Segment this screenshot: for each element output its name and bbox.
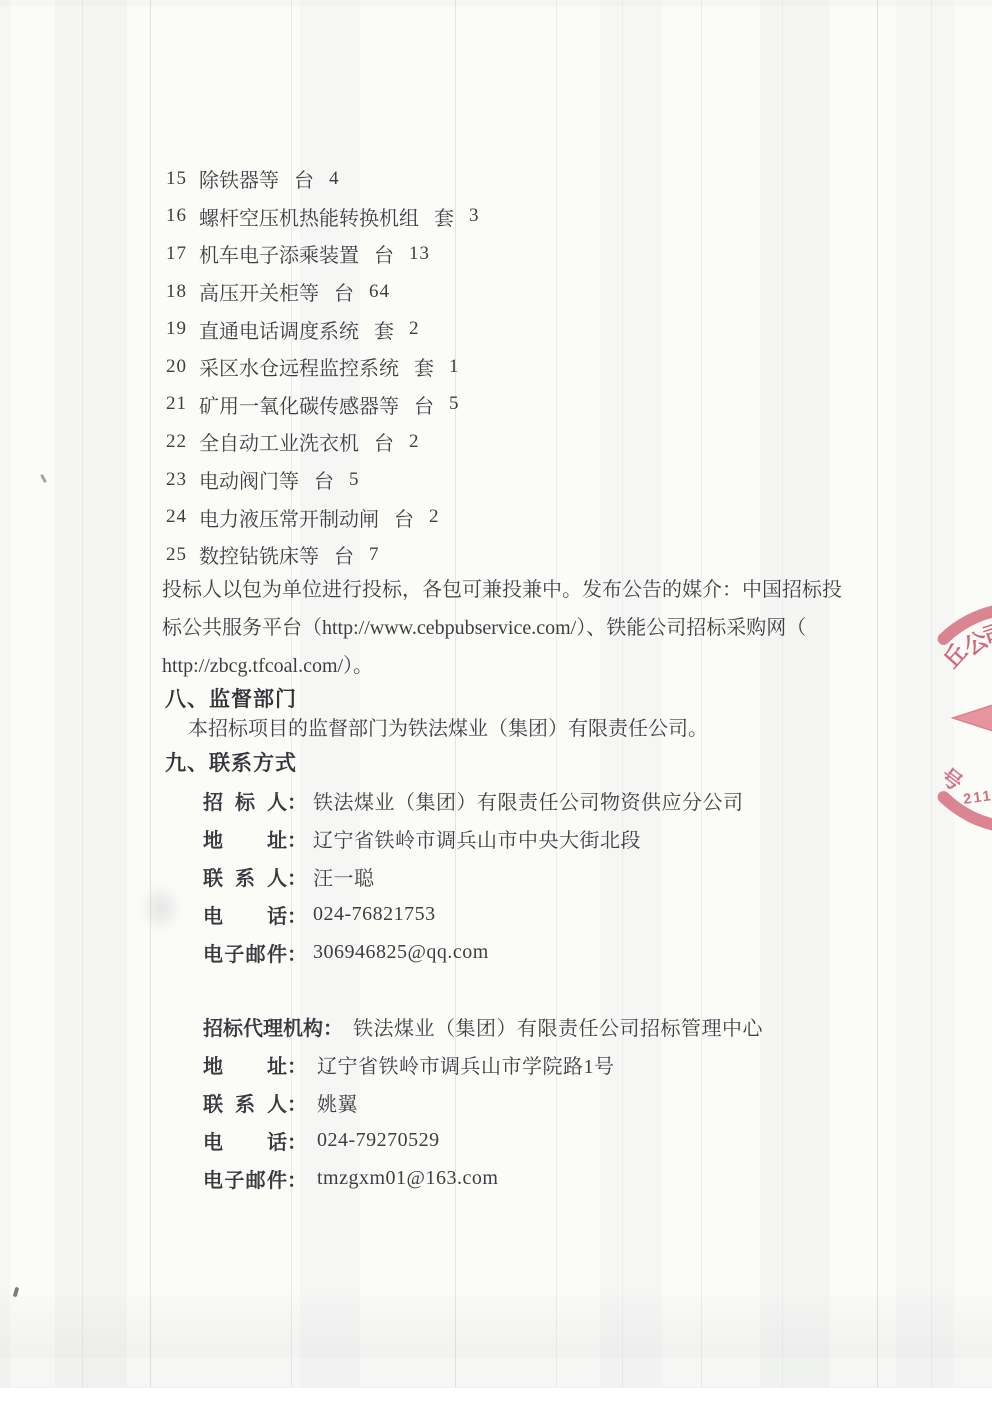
- contact-row: 地址：辽宁省铁岭市调兵山市学院路1号: [203, 1046, 763, 1084]
- contact-row: 电子邮件：306946825@qq.com: [203, 933, 744, 971]
- section-heading-contact: 九、联系方式: [165, 747, 297, 777]
- item-unit: 台: [374, 427, 394, 456]
- tenderer-contact-block: 招标人：铁法煤业（集团）有限责任公司物资供应分公司地址：辽宁省铁岭市调兵山市中央…: [203, 782, 744, 971]
- equipment-item-row: 20采区水仓远程监控系统套1: [166, 348, 480, 386]
- item-quantity: 2: [409, 431, 420, 453]
- item-unit: 套: [434, 202, 454, 231]
- scan-line: [877, 0, 878, 1403]
- contact-label: 联系人: [203, 862, 287, 891]
- equipment-item-row: 19直通电话调度系统套2: [166, 310, 480, 348]
- item-number: 18: [166, 281, 187, 303]
- notice-line: http://zbcg.tfcoal.com/）。: [162, 644, 862, 682]
- scan-line: [82, 0, 83, 1403]
- contact-row: 电子邮件：tmzgxm01@163.com: [203, 1159, 763, 1197]
- contact-row: 电话：024-76821753: [203, 895, 744, 933]
- item-number: 15: [166, 168, 187, 190]
- item-quantity: 7: [369, 544, 380, 566]
- item-quantity: 5: [449, 393, 460, 415]
- scan-bottom-shade: [0, 1357, 992, 1387]
- item-unit: 台: [314, 465, 334, 494]
- contact-value: 姚翼: [317, 1088, 358, 1117]
- item-name: 除铁器等: [199, 164, 279, 193]
- agency-contact-block: 招标代理机构：铁法煤业（集团）有限责任公司招标管理中心地址：辽宁省铁岭市调兵山市…: [203, 1008, 763, 1197]
- contact-label-colon: ：: [287, 862, 307, 891]
- item-name: 矿用一氧化碳传感器等: [199, 390, 399, 419]
- item-name: 螺杆空压机热能转换机组: [199, 202, 419, 231]
- item-number: 20: [166, 356, 187, 378]
- contact-value: 024-79270529: [317, 1129, 440, 1152]
- contact-label-colon: ：: [287, 938, 307, 967]
- item-name: 高压开关柜等: [199, 277, 319, 306]
- item-name: 机车电子添乘装置: [199, 239, 359, 268]
- item-number: 23: [166, 469, 187, 491]
- contact-label-colon: ：: [287, 786, 307, 815]
- scan-top-shade: [0, 0, 992, 6]
- item-number: 22: [166, 431, 187, 453]
- contact-label-colon: ：: [287, 1050, 307, 1079]
- item-name: 采区水仓远程监控系统: [199, 352, 399, 381]
- seal-side-char: 号: [936, 764, 967, 795]
- contact-row: 电话：024-79270529: [203, 1121, 763, 1159]
- item-unit: 套: [414, 352, 434, 381]
- seal-star-icon: [953, 654, 992, 781]
- scan-line: [150, 0, 151, 1403]
- contact-value: 辽宁省铁岭市调兵山市学院路1号: [317, 1050, 615, 1079]
- contact-label-colon: ：: [287, 1164, 307, 1193]
- contact-value: 306946825@qq.com: [313, 941, 489, 964]
- supervision-body: 本招标项目的监督部门为铁法煤业（集团）有限责任公司。: [188, 712, 708, 741]
- contact-label-colon: ：: [287, 1088, 307, 1117]
- item-quantity: 2: [409, 318, 420, 340]
- item-quantity: 5: [349, 469, 360, 491]
- scan-band: [760, 0, 830, 1403]
- equipment-item-row: 18高压开关柜等台64: [166, 273, 480, 311]
- item-name: 数控钻铣床等: [199, 540, 319, 569]
- item-quantity: 4: [329, 168, 340, 190]
- contact-label: 电话: [203, 1126, 287, 1155]
- equipment-item-row: 22全自动工业洗衣机台2: [166, 423, 480, 461]
- contact-label: 招标人: [203, 786, 287, 815]
- item-quantity: 3: [469, 205, 480, 227]
- contact-row: 联系人：姚翼: [203, 1084, 763, 1122]
- equipment-item-row: 24电力液压常开制动闸台2: [166, 498, 480, 536]
- scan-smudge: [140, 882, 182, 934]
- item-unit: 台: [294, 164, 314, 193]
- contact-value: 铁法煤业（集团）有限责任公司招标管理中心: [353, 1012, 763, 1041]
- item-unit: 台: [414, 390, 434, 419]
- notice-line: 标公共服务平台（http://www.cebpubservice.com/）、铁…: [162, 606, 862, 644]
- contact-row: 联系人：汪一聪: [203, 858, 744, 896]
- item-number: 24: [166, 506, 187, 528]
- contact-value: 铁法煤业（集团）有限责任公司物资供应分公司: [313, 786, 744, 815]
- contact-row: 地址：辽宁省铁岭市调兵山市中央大街北段: [203, 820, 744, 858]
- bid-notice-paragraph: 投标人以包为单位进行投标，各包可兼投兼中。发布公告的媒介：中国招标投标公共服务平…: [162, 568, 862, 683]
- item-unit: 台: [374, 239, 394, 268]
- scan-line: [782, 0, 783, 1403]
- scan-left-shade: [0, 0, 10, 1403]
- item-number: 17: [166, 243, 187, 265]
- contact-label: 地址: [203, 1050, 287, 1079]
- item-number: 19: [166, 318, 187, 340]
- contact-label-colon: ：: [287, 900, 307, 929]
- contact-label-colon: ：: [323, 1012, 343, 1041]
- contact-label: 电子邮件: [203, 938, 287, 967]
- contact-label: 电话: [203, 900, 287, 929]
- item-number: 21: [166, 393, 187, 415]
- item-unit: 套: [374, 315, 394, 344]
- seal-number: 211: [962, 788, 992, 808]
- contact-label: 联系人: [203, 1088, 287, 1117]
- item-unit: 台: [334, 277, 354, 306]
- equipment-item-row: 23电动阀门等台5: [166, 461, 480, 499]
- item-name: 电力液压常开制动闸: [199, 503, 379, 532]
- item-unit: 台: [334, 540, 354, 569]
- item-name: 电动阀门等: [199, 465, 299, 494]
- item-name: 直通电话调度系统: [199, 315, 359, 344]
- item-quantity: 1: [449, 356, 460, 378]
- equipment-list: 15除铁器等台416螺杆空压机热能转换机组套317机车电子添乘装置台1318高压…: [166, 160, 480, 574]
- equipment-item-row: 15除铁器等台4: [166, 160, 480, 198]
- notice-line: 投标人以包为单位进行投标，各包可兼投兼中。发布公告的媒介：中国招标投: [162, 568, 862, 606]
- contact-label: 地址: [203, 824, 287, 853]
- item-number: 16: [166, 205, 187, 227]
- contact-label: 电子邮件: [203, 1164, 287, 1193]
- contact-row: 招标人：铁法煤业（集团）有限责任公司物资供应分公司: [203, 782, 744, 820]
- contact-value: 024-76821753: [313, 903, 436, 926]
- contact-label-colon: ：: [287, 824, 307, 853]
- equipment-item-row: 16螺杆空压机热能转换机组套3: [166, 198, 480, 236]
- company-seal: 丘 公 司 号 211: [880, 548, 992, 888]
- scan-band: [55, 0, 127, 1403]
- scanned-document-page: 15除铁器等台416螺杆空压机热能转换机组套317机车电子添乘装置台1318高压…: [0, 0, 992, 1403]
- contact-value: 汪一聪: [313, 862, 375, 891]
- contact-label: 招标代理机构: [203, 1012, 323, 1041]
- contact-label-colon: ：: [287, 1126, 307, 1155]
- equipment-item-row: 21矿用一氧化碳传感器等台5: [166, 386, 480, 424]
- item-number: 25: [166, 544, 187, 566]
- scan-bottom-shade: [0, 1295, 992, 1357]
- ink-speck: [40, 474, 47, 483]
- equipment-item-row: 17机车电子添乘装置台13: [166, 235, 480, 273]
- contact-value: tmzgxm01@163.com: [317, 1167, 498, 1190]
- item-quantity: 13: [409, 243, 430, 265]
- section-heading-supervision: 八、监督部门: [165, 683, 297, 713]
- item-unit: 台: [394, 503, 414, 532]
- item-name: 全自动工业洗衣机: [199, 427, 359, 456]
- contact-value: 辽宁省铁岭市调兵山市中央大街北段: [313, 824, 641, 853]
- item-quantity: 64: [369, 281, 390, 303]
- contact-row: 招标代理机构：铁法煤业（集团）有限责任公司招标管理中心: [203, 1008, 763, 1046]
- item-quantity: 2: [429, 506, 440, 528]
- scan-page-edge: [0, 1387, 992, 1403]
